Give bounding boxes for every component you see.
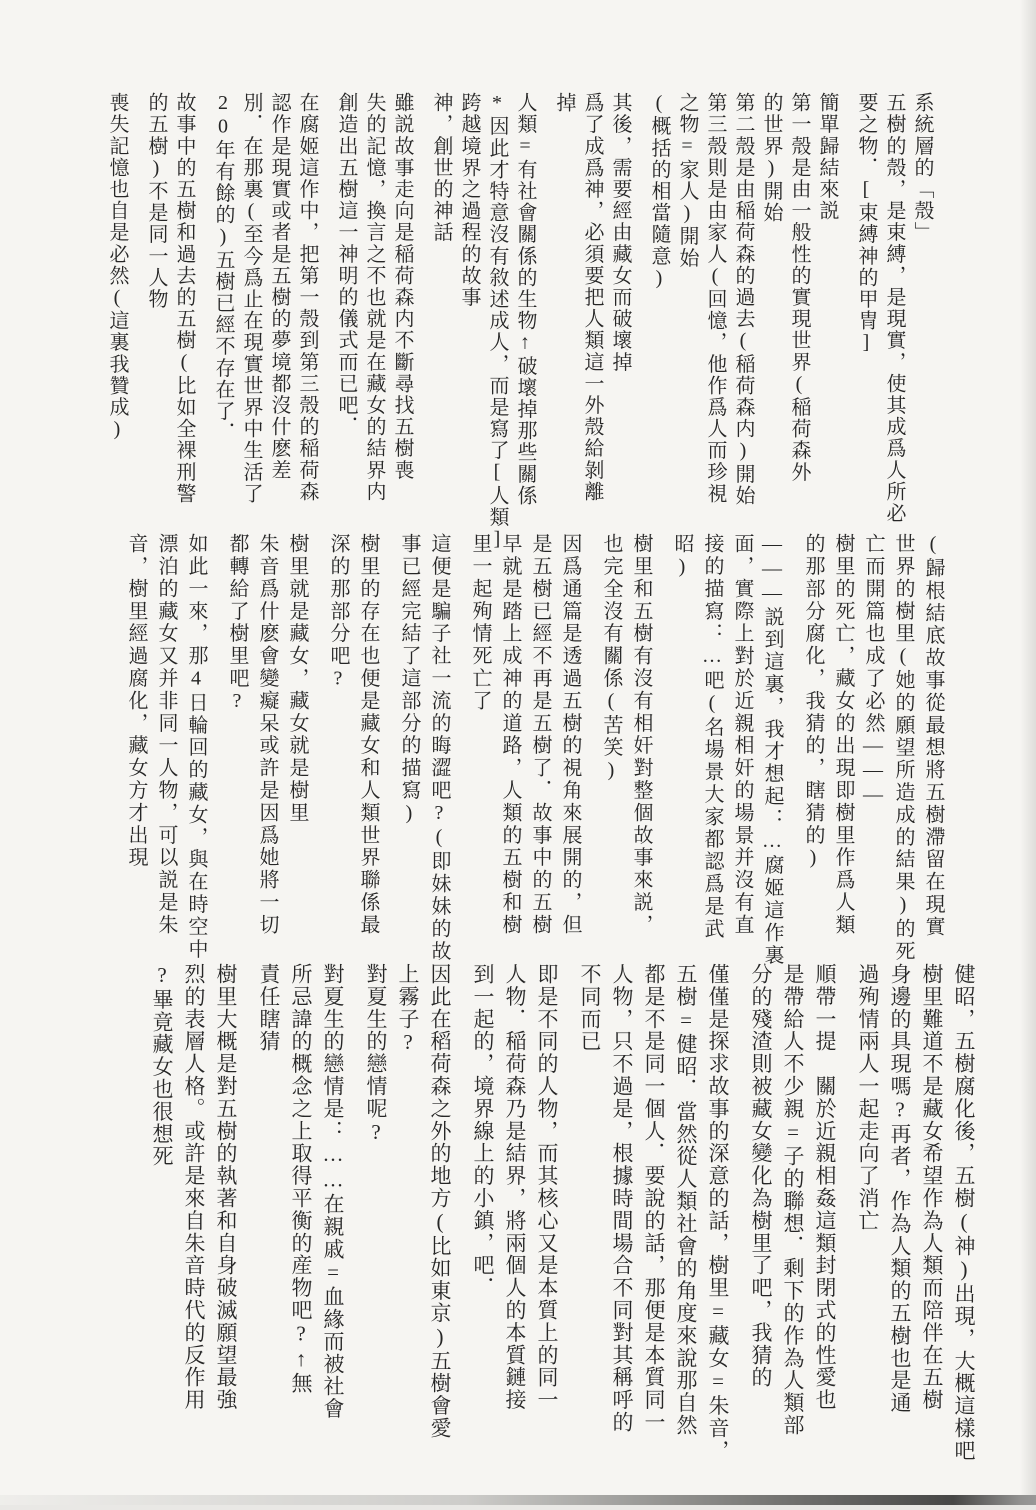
text-column: 失的記憶，換言之不也就是在藏女的結界内 [360, 92, 388, 592]
text-column: 對夏生的戀情是：……在親戚=血緣而被社會 [317, 963, 349, 1483]
text-column: 20年有餘的)五樹已經不存在了． [209, 92, 237, 592]
text-column: 到一起的，境界線上的小鎮，吧． [467, 963, 499, 1483]
text-column: 不同而已 [574, 963, 606, 1483]
text-column: 的那部分腐化，我猜的，瞎猜的) [798, 533, 828, 1023]
text-column: 對夏生的戀情呢? [360, 963, 392, 1483]
text-column: 是五樹已經不再是五樹了．故事中的五樹 [525, 533, 555, 1023]
text-column: 樹里的死亡，藏女的出現即樹里作爲人類 [828, 533, 858, 1023]
text-block-bottom: 健昭，五樹腐化後，五樹(神)出現，大概這樣吧樹里難道不是藏女希望作為人類而陪伴在… [146, 963, 980, 1483]
scan-edge-right-shadow [1020, 0, 1036, 1510]
text-column: 創造出五樹這一神明的儀式而已吧． [332, 92, 360, 592]
text-column: 之物=家人)開始 [673, 92, 701, 592]
text-column: 昭) [667, 533, 697, 1023]
text-block-middle: (歸根結底故事從最想將五樹滯留在現實世界的樹里(她的願望所造成的結果)的死亡而開… [121, 533, 948, 1023]
text-column: 順帶一提 關於近親相姦這類封閉式的性愛也 [809, 963, 841, 1483]
text-column: 認作是現實或者是五樹的夢境都沒什麽差 [265, 92, 293, 592]
text-column: 健昭，五樹腐化後，五樹(神)出現，大概這樣吧 [948, 963, 980, 1483]
text-column: 簡單歸結來説 [813, 92, 841, 592]
text-column: 深的那部分吧? [323, 533, 353, 1023]
text-column: 亡而開篇也成了必然——— [858, 533, 888, 1023]
text-column: 神，創世的神話 [427, 92, 455, 592]
text-column: 其後，需要經由藏女而破壞掉 [606, 92, 634, 592]
text-column: 接的描寫：…吧(名場景大家都認爲是武 [697, 533, 727, 1023]
text-column: 里一起殉情死亡了 [465, 533, 495, 1023]
text-column: 樹里難道不是藏女希望作為人類而陪伴在五樹 [916, 963, 948, 1483]
text-column: 在腐姬這作中，把第一殼到第三殼的稲荷森 [293, 92, 321, 592]
text-column: 責任瞎猜 [253, 963, 285, 1483]
text-column: 故事中的五樹和過去的五樹(比如全裸刑警 [170, 92, 198, 592]
text-block-top: 系統層的「殼」五樹的殼，是束縛，是現實，使其成爲人所必要之物．[束縛神的甲冑]簡… [103, 92, 936, 592]
text-column: 樹里大概是對五樹的執著和自身破滅願望最強 [210, 963, 242, 1483]
text-column: 第二殼是由稲荷森的過去(稲荷森内)開始 [729, 92, 757, 592]
text-column: 五樹=健昭．當然從人類社會的角度來說那自然 [670, 963, 702, 1483]
text-column: 都是不是同一個人．要說的話，那便是本質同一 [638, 963, 670, 1483]
text-column: 朱音爲什麽會變癡呆或許是因爲她將一切 [252, 533, 282, 1023]
text-column: 世界的樹里(她的願望所造成的結果)的死 [888, 533, 918, 1023]
text-column: 系統層的「殼」 [908, 92, 936, 592]
text-column: 的世界)開始 [757, 92, 785, 592]
text-column: 爲了成爲神，必須要把人類這一外殼給剝離 [578, 92, 606, 592]
text-column: 跨越境界之過程的故事 [455, 92, 483, 592]
text-column: 人物．稲荷森乃是結界，將兩個人的本質鏈接 [499, 963, 531, 1483]
text-column: 掉 [550, 92, 578, 592]
text-column: (概括的相當隨意) [645, 92, 673, 592]
text-column: *因此才特意沒有敘述成人，而是寫了[人類] [483, 92, 511, 592]
text-column: 因爲通篇是透過五樹的視角來展開的，但 [555, 533, 585, 1023]
text-column: 是帶給人不少親=子的聯想．剩下的作為人類部 [777, 963, 809, 1483]
text-column: 身邊的具現嗎?再者，作為人類的五樹也是通 [884, 963, 916, 1483]
text-column: 過殉情兩人一起走向了消亡 [852, 963, 884, 1483]
text-column: 漂泊的藏女又并非同一人物，可以説是朱 [151, 533, 181, 1023]
text-column: (歸根結底故事從最想將五樹滯留在現實 [918, 533, 948, 1023]
text-column: 也完全沒有關係(苦笑) [596, 533, 626, 1023]
text-column: 早就是踏上成神的道路，人類的五樹和樹 [495, 533, 525, 1023]
text-column: 樹里和五樹有沒有相奸對整個故事來説， [626, 533, 656, 1023]
text-column: ———説到這裏，我才想起：…腐姬這作裏 [757, 533, 787, 1023]
text-column: 即是不同的人物，而其核心又是本質上的同一 [531, 963, 563, 1483]
text-column: 五樹的殼，是束縛，是現實，使其成爲人所必 [880, 92, 908, 592]
text-column: 都轉給了樹里吧? [222, 533, 252, 1023]
text-column: 第一殼是由一般性的實現世界(稲荷森外 [785, 92, 813, 592]
scan-shadow-bottom [0, 1495, 1036, 1505]
text-column: 要之物．[束縛神的甲冑] [852, 92, 880, 592]
text-column: 烈的表層人格。或許是來自朱音時代的反作用 [178, 963, 210, 1483]
text-column: 的五樹)不是同一人物 [142, 92, 170, 592]
text-column: 第三殼則是由家人(回憶，他作爲人而珍視 [701, 92, 729, 592]
text-column: 如此一來，那4日輪回的藏女，與在時空中 [181, 533, 211, 1023]
text-column: 所忌諱的概念之上取得平衡的産物吧?↑無 [285, 963, 317, 1483]
scanned-page: 系統層的「殼」五樹的殼，是束縛，是現實，使其成爲人所必要之物．[束縛神的甲冑]簡… [0, 0, 1036, 1510]
text-column: 樹里的存在也便是藏女和人類世界聯係最 [353, 533, 383, 1023]
text-column: 樹里就是藏女，藏女就是樹里 [282, 533, 312, 1023]
text-column: 別．在那裏(至今爲止在現實世界中生活了 [237, 92, 265, 592]
text-column: 人類=有社會關係的生物↑破壞掉那些關係 [511, 92, 539, 592]
text-column: 音，樹里經過腐化，藏女方才出現 [121, 533, 151, 1023]
text-column: 上霧子? [392, 963, 424, 1483]
text-column: ?畢竟藏女也很想死 [146, 963, 178, 1483]
text-column: 分的殘渣則被藏女變化為樹里了吧，我猜的 [745, 963, 777, 1483]
text-column: 人物，只不過是，根據時間場合不同對其稱呼的 [606, 963, 638, 1483]
text-column: 喪失記憶也自是必然(這裏我贊成) [103, 92, 131, 592]
text-column: 因此在稻荷森之外的地方(比如東京)五樹會愛 [424, 963, 456, 1483]
text-column: 事已經完結了這部分的描寫) [394, 533, 424, 1023]
text-column: 這便是騙子社一流的晦澀吧?(即妹妹的故 [424, 533, 454, 1023]
text-column: 雖説故事走向是稲荷森内不斷尋找五樹喪 [388, 92, 416, 592]
scan-edge-below-shadow [0, 1505, 1036, 1510]
text-column: 面，實際上對於近親相奸的場景并沒有直 [727, 533, 757, 1023]
text-column: 僅僅是探求故事的深意的話，樹里=藏女=朱音， [702, 963, 734, 1483]
